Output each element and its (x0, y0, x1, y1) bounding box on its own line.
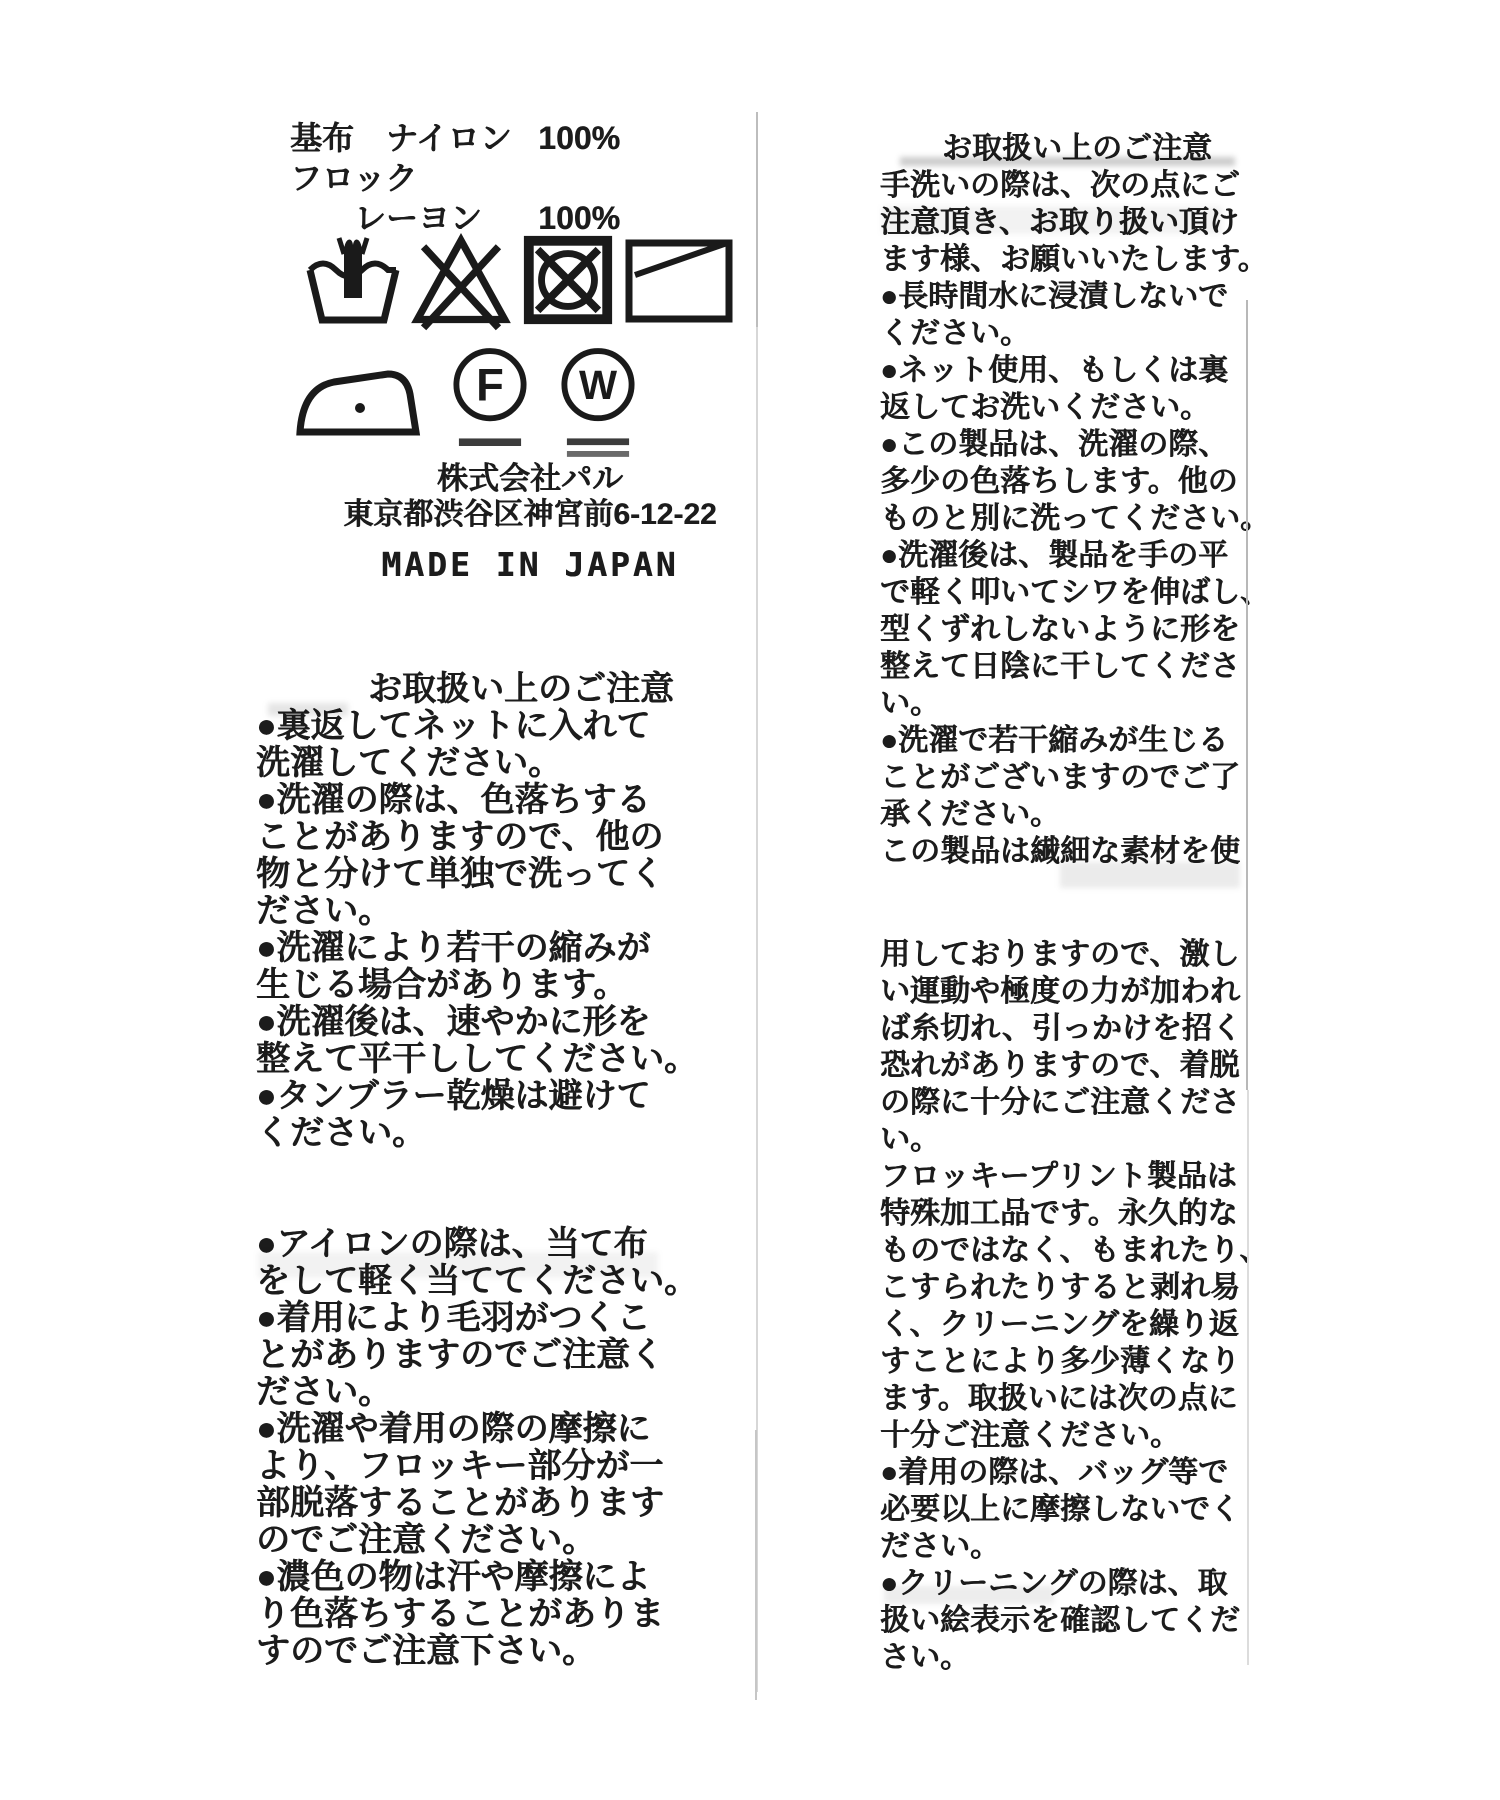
material-name: 基布 ナイロン (290, 118, 512, 158)
svg-text:F: F (476, 360, 504, 411)
care-line: ●洗濯後は、速やかに形を (256, 1004, 686, 1041)
care-line: ●着用の際は、バッグ等で (880, 1454, 1260, 1491)
care-line: 手洗いの際は、次の点にご (880, 167, 1260, 204)
country-of-origin: MADE IN JAPAN (250, 545, 810, 584)
left-care-notes-2: ●アイロンの際は、当て布をして軽く当ててください。●着用により毛羽がつくことがあ… (256, 1226, 686, 1670)
care-line: ださい。 (256, 1374, 686, 1411)
care-line: ば糸切れ、引っかけを招く (880, 1010, 1260, 1047)
composition-row: 基布 ナイロン 100% (290, 118, 620, 158)
care-line: ●洗濯や着用の際の摩擦に (256, 1411, 686, 1448)
scan-smudge (900, 157, 1235, 166)
care-line: い運動や極度の力が加われ (880, 973, 1260, 1010)
care-line: 返してお洗いください。 (880, 389, 1260, 426)
care-line: ●洗濯の際は、色落ちする (256, 782, 686, 819)
maker-info: 株式会社パル 東京都渋谷区神宮前6-12-22 MADE IN JAPAN (250, 460, 810, 584)
care-line: 扱い絵表示を確認してくだ (880, 1602, 1260, 1639)
care-line: すことにより多少薄くなり (880, 1343, 1260, 1380)
care-line: さい。 (880, 1639, 1260, 1676)
care-line: い。 (880, 685, 1260, 722)
scan-smudge (258, 1252, 658, 1278)
care-line: 特殊加工品です。永久的な (880, 1195, 1260, 1232)
care-line: の際に十分にご注意くださ (880, 1084, 1260, 1121)
label-edge-line (756, 112, 758, 327)
care-line: り色落ちすることがありま (256, 1596, 686, 1633)
dry-in-shade-icon (623, 235, 735, 325)
care-line: 恐れがありますので、着脱 (880, 1047, 1260, 1084)
care-label-scan: 基布 ナイロン 100% フロック レーヨン 100% (0, 0, 1500, 1800)
scan-smudge (882, 206, 1222, 234)
left-care-notes-1: お取扱い上のご注意 ●裏返してネットに入れて洗濯してください。●洗濯の際は、色落… (256, 671, 686, 1152)
scan-smudge (884, 1586, 1054, 1604)
right-care-notes-2: 用しておりますので、激しい運動や極度の力が加われば糸切れ、引っかけを招く恐れがあ… (880, 936, 1260, 1676)
scan-smudge (1060, 862, 1240, 888)
care-line: ことがございますのでご了 (880, 759, 1260, 796)
care-line: ●タンブラー乾燥は避けて (256, 1078, 686, 1115)
care-line: ●洗濯後は、製品を手の平 (880, 537, 1260, 574)
care-line: ことがありますので、他の (256, 819, 686, 856)
dry-clean-F-icon: F (448, 344, 532, 464)
care-line: ます。取扱いには次の点に (880, 1380, 1260, 1417)
care-line: 物と分けて単独で洗ってく (256, 856, 686, 893)
company-name: 株式会社パル (250, 460, 810, 497)
care-symbols-row-2: F W (288, 344, 640, 474)
fabric-composition: 基布 ナイロン 100% フロック レーヨン 100% (290, 118, 620, 238)
care-line: ●洗濯で若干縮みが生じる (880, 722, 1260, 759)
care-line: ものと別に洗ってください。 (880, 500, 1260, 537)
care-line: 洗濯してください。 (256, 745, 686, 782)
care-line: ください。 (880, 315, 1260, 352)
composition-row: フロック (290, 158, 620, 198)
right-care-notes-1: お取扱い上のご注意 手洗いの際は、次の点にご注意頂き、お取り扱い頂けます様、お願… (880, 130, 1260, 870)
do-not-bleach-icon (409, 228, 513, 332)
care-line: で軽く叩いてシワを伸ばし、 (880, 574, 1260, 611)
label-edge-line (1247, 1090, 1249, 1665)
care-line: 整えて日陰に干してくださ (880, 648, 1260, 685)
care-line: ものではなく、もまれたり、 (880, 1232, 1260, 1269)
care-line: 整えて平干ししてください。 (256, 1041, 686, 1078)
care-line: ●長時間水に浸漬しないで (880, 278, 1260, 315)
care-line: フロッキープリント製品は (880, 1158, 1260, 1195)
care-line: ●洗濯により若干の縮みが (256, 930, 686, 967)
care-line: ●ネット使用、もしくは裏 (880, 352, 1260, 389)
care-line: 必要以上に摩擦しないでく (880, 1491, 1260, 1528)
care-line: すのでご注意下さい。 (256, 1633, 686, 1670)
material-name: フロック (290, 158, 417, 198)
label-edge-line (755, 1430, 757, 1700)
care-symbols-row-1 (303, 228, 735, 332)
care-line: ●濃色の物は汗や摩擦によ (256, 1559, 686, 1596)
care-line: こすられたりすると剥れ易 (880, 1269, 1260, 1306)
care-line: 部脱落することがあります (256, 1485, 686, 1522)
care-lines: ●裏返してネットに入れて洗濯してください。●洗濯の際は、色落ちすることがあります… (256, 708, 686, 1152)
material-percent: 100% (538, 118, 620, 158)
care-line: 生じる場合があります。 (256, 967, 686, 1004)
care-line: ます様、お願いいたします。 (880, 241, 1260, 278)
label-edge-line (1246, 300, 1248, 1090)
care-line: 型くずれしないように形を (880, 611, 1260, 648)
iron-low-heat-icon (288, 344, 424, 444)
care-line: ●この製品は、洗濯の際、 (880, 426, 1260, 463)
wet-clean-W-icon: W (556, 344, 640, 474)
care-line: 用しておりますので、激し (880, 936, 1260, 973)
care-line: く、クリーニングを繰り返 (880, 1306, 1260, 1343)
care-line: ださい。 (880, 1528, 1260, 1565)
care-line: より、フロッキー部分が一 (256, 1448, 686, 1485)
scan-smudge (268, 703, 348, 716)
hand-wash-icon (303, 228, 403, 332)
svg-text:W: W (579, 362, 618, 408)
care-line: ください。 (256, 1115, 686, 1152)
care-line: い。 (880, 1121, 1260, 1158)
do-not-tumble-dry-icon (519, 231, 617, 329)
care-lines: 手洗いの際は、次の点にご注意頂き、お取り扱い頂けます様、お願いいたします。●長時… (880, 167, 1260, 870)
care-line: とがありますのでご注意く (256, 1337, 686, 1374)
care-line: ●着用により毛羽がつくこ (256, 1300, 686, 1337)
care-line: 多少の色落ちします。他の (880, 463, 1260, 500)
care-line: のでご注意ください。 (256, 1522, 686, 1559)
care-line: 十分ご注意ください。 (880, 1417, 1260, 1454)
care-line: 承ください。 (880, 796, 1260, 833)
care-line: ださい。 (256, 893, 686, 930)
company-address: 東京都渋谷区神宮前6-12-22 (250, 497, 810, 533)
